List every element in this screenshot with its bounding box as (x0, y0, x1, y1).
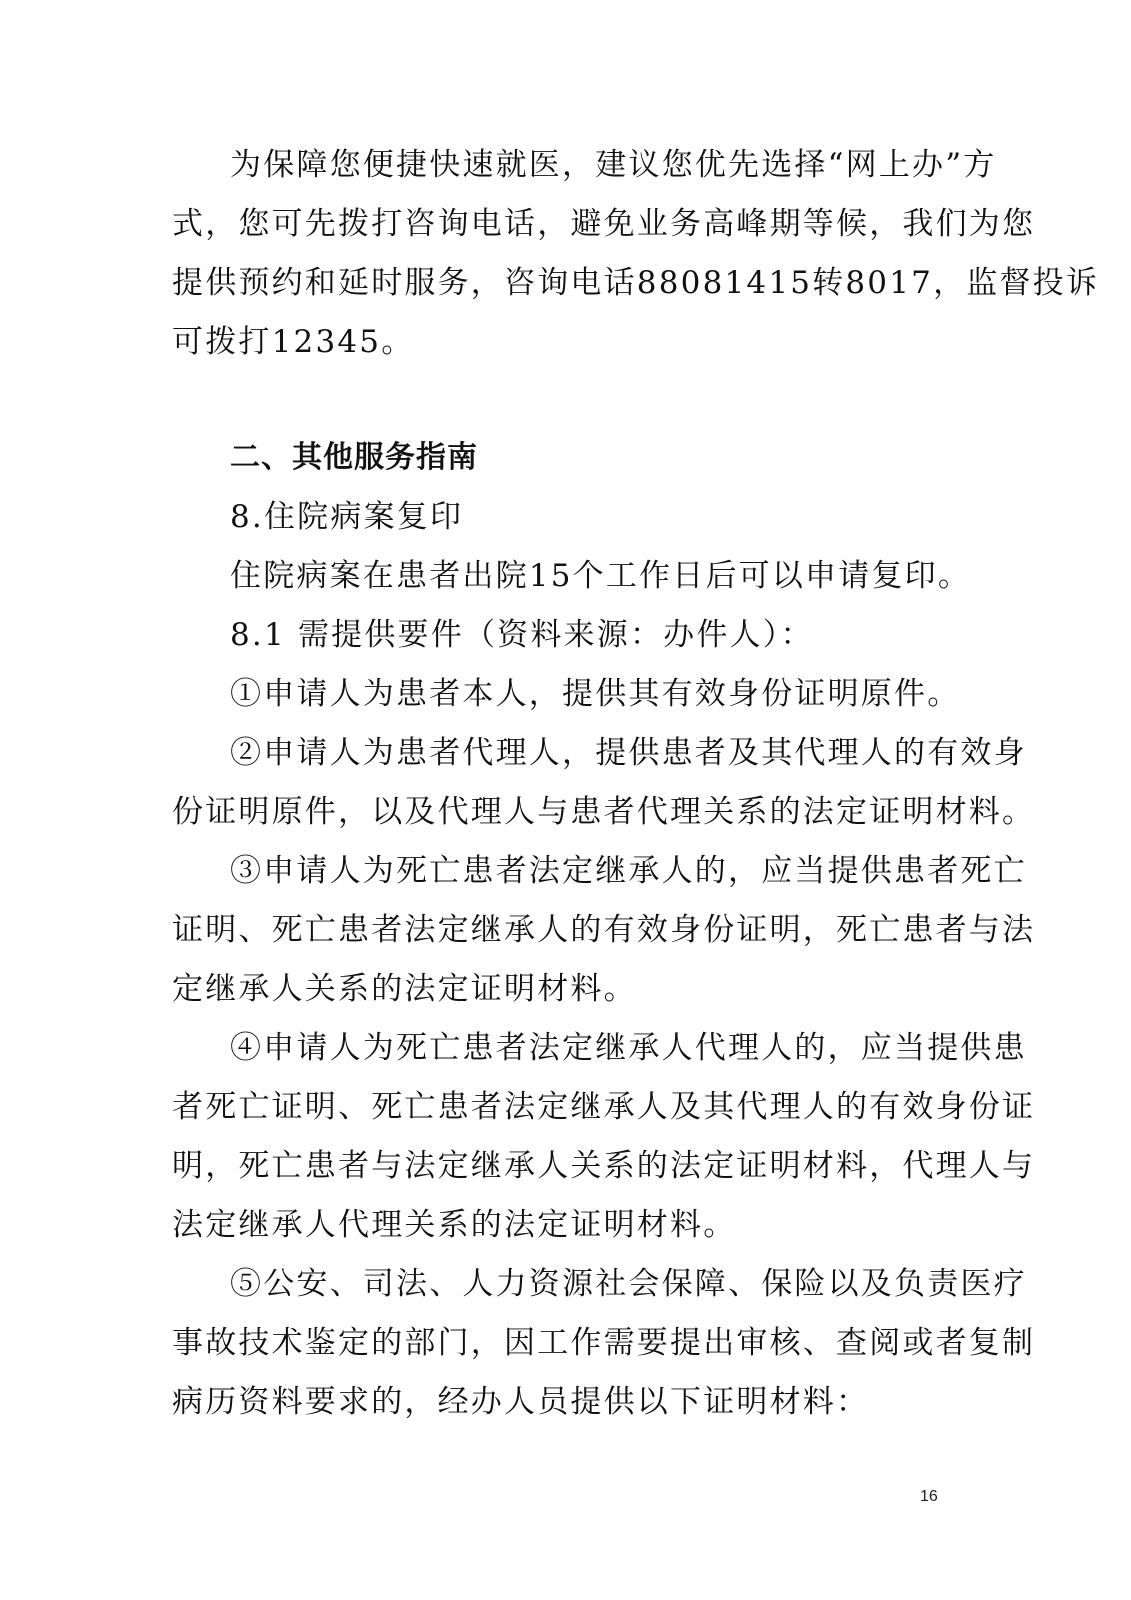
requirement-item-2-cont: 份证明原件，以及代理人与患者代理关系的法定证明材料。 (172, 792, 940, 832)
document-page: 为保障您便捷快速就医，建议您优先选择“网上办”方 式，您可先拨打咨询电话，避免业… (0, 0, 1131, 1600)
requirements-title: 8.1 需提供要件（资料来源：办件人）： (230, 615, 942, 655)
requirement-item-4-cont: 法定继承人代理关系的法定证明材料。 (172, 1205, 940, 1245)
intro-line: 提供预约和延时服务，咨询电话88081415转8017，监督投诉 (172, 263, 940, 303)
requirement-item-4: ④申请人为死亡患者法定继承人代理人的，应当提供患 (230, 1028, 942, 1068)
requirement-item-1: ①申请人为患者本人，提供其有效身份证明原件。 (230, 674, 942, 714)
intro-line: 可拨打12345。 (172, 322, 940, 362)
requirement-item-4-cont: 者死亡证明、死亡患者法定继承人及其代理人的有效身份证 (172, 1087, 940, 1127)
subsection-title: 8.住院病案复印 (230, 497, 942, 537)
requirement-item-3-cont: 定继承人关系的法定证明材料。 (172, 969, 940, 1009)
requirement-item-3-cont: 证明、死亡患者法定继承人的有效身份证明，死亡患者与法 (172, 910, 940, 950)
requirement-item-3: ③申请人为死亡患者法定继承人的，应当提供患者死亡 (230, 851, 942, 891)
intro-line: 为保障您便捷快速就医，建议您优先选择“网上办”方 (230, 145, 942, 185)
requirement-item-5-cont: 病历资料要求的，经办人员提供以下证明材料： (172, 1382, 940, 1422)
requirement-item-2: ②申请人为患者代理人，提供患者及其代理人的有效身 (230, 733, 942, 773)
requirement-item-5: ⑤公安、司法、人力资源社会保障、保险以及负责医疗 (230, 1264, 942, 1304)
intro-line: 式，您可先拨打咨询电话，避免业务高峰期等候，我们为您 (172, 204, 940, 244)
section-heading: 二、其他服务指南 (230, 438, 942, 478)
requirement-item-4-cont: 明，死亡患者与法定继承人关系的法定证明材料，代理人与 (172, 1146, 940, 1186)
subsection-note: 住院病案在患者出院15个工作日后可以申请复印。 (230, 556, 942, 596)
requirement-item-5-cont: 事故技术鉴定的部门，因工作需要提出审核、查阅或者复制 (172, 1323, 940, 1363)
page-number: 16 (920, 1488, 938, 1506)
